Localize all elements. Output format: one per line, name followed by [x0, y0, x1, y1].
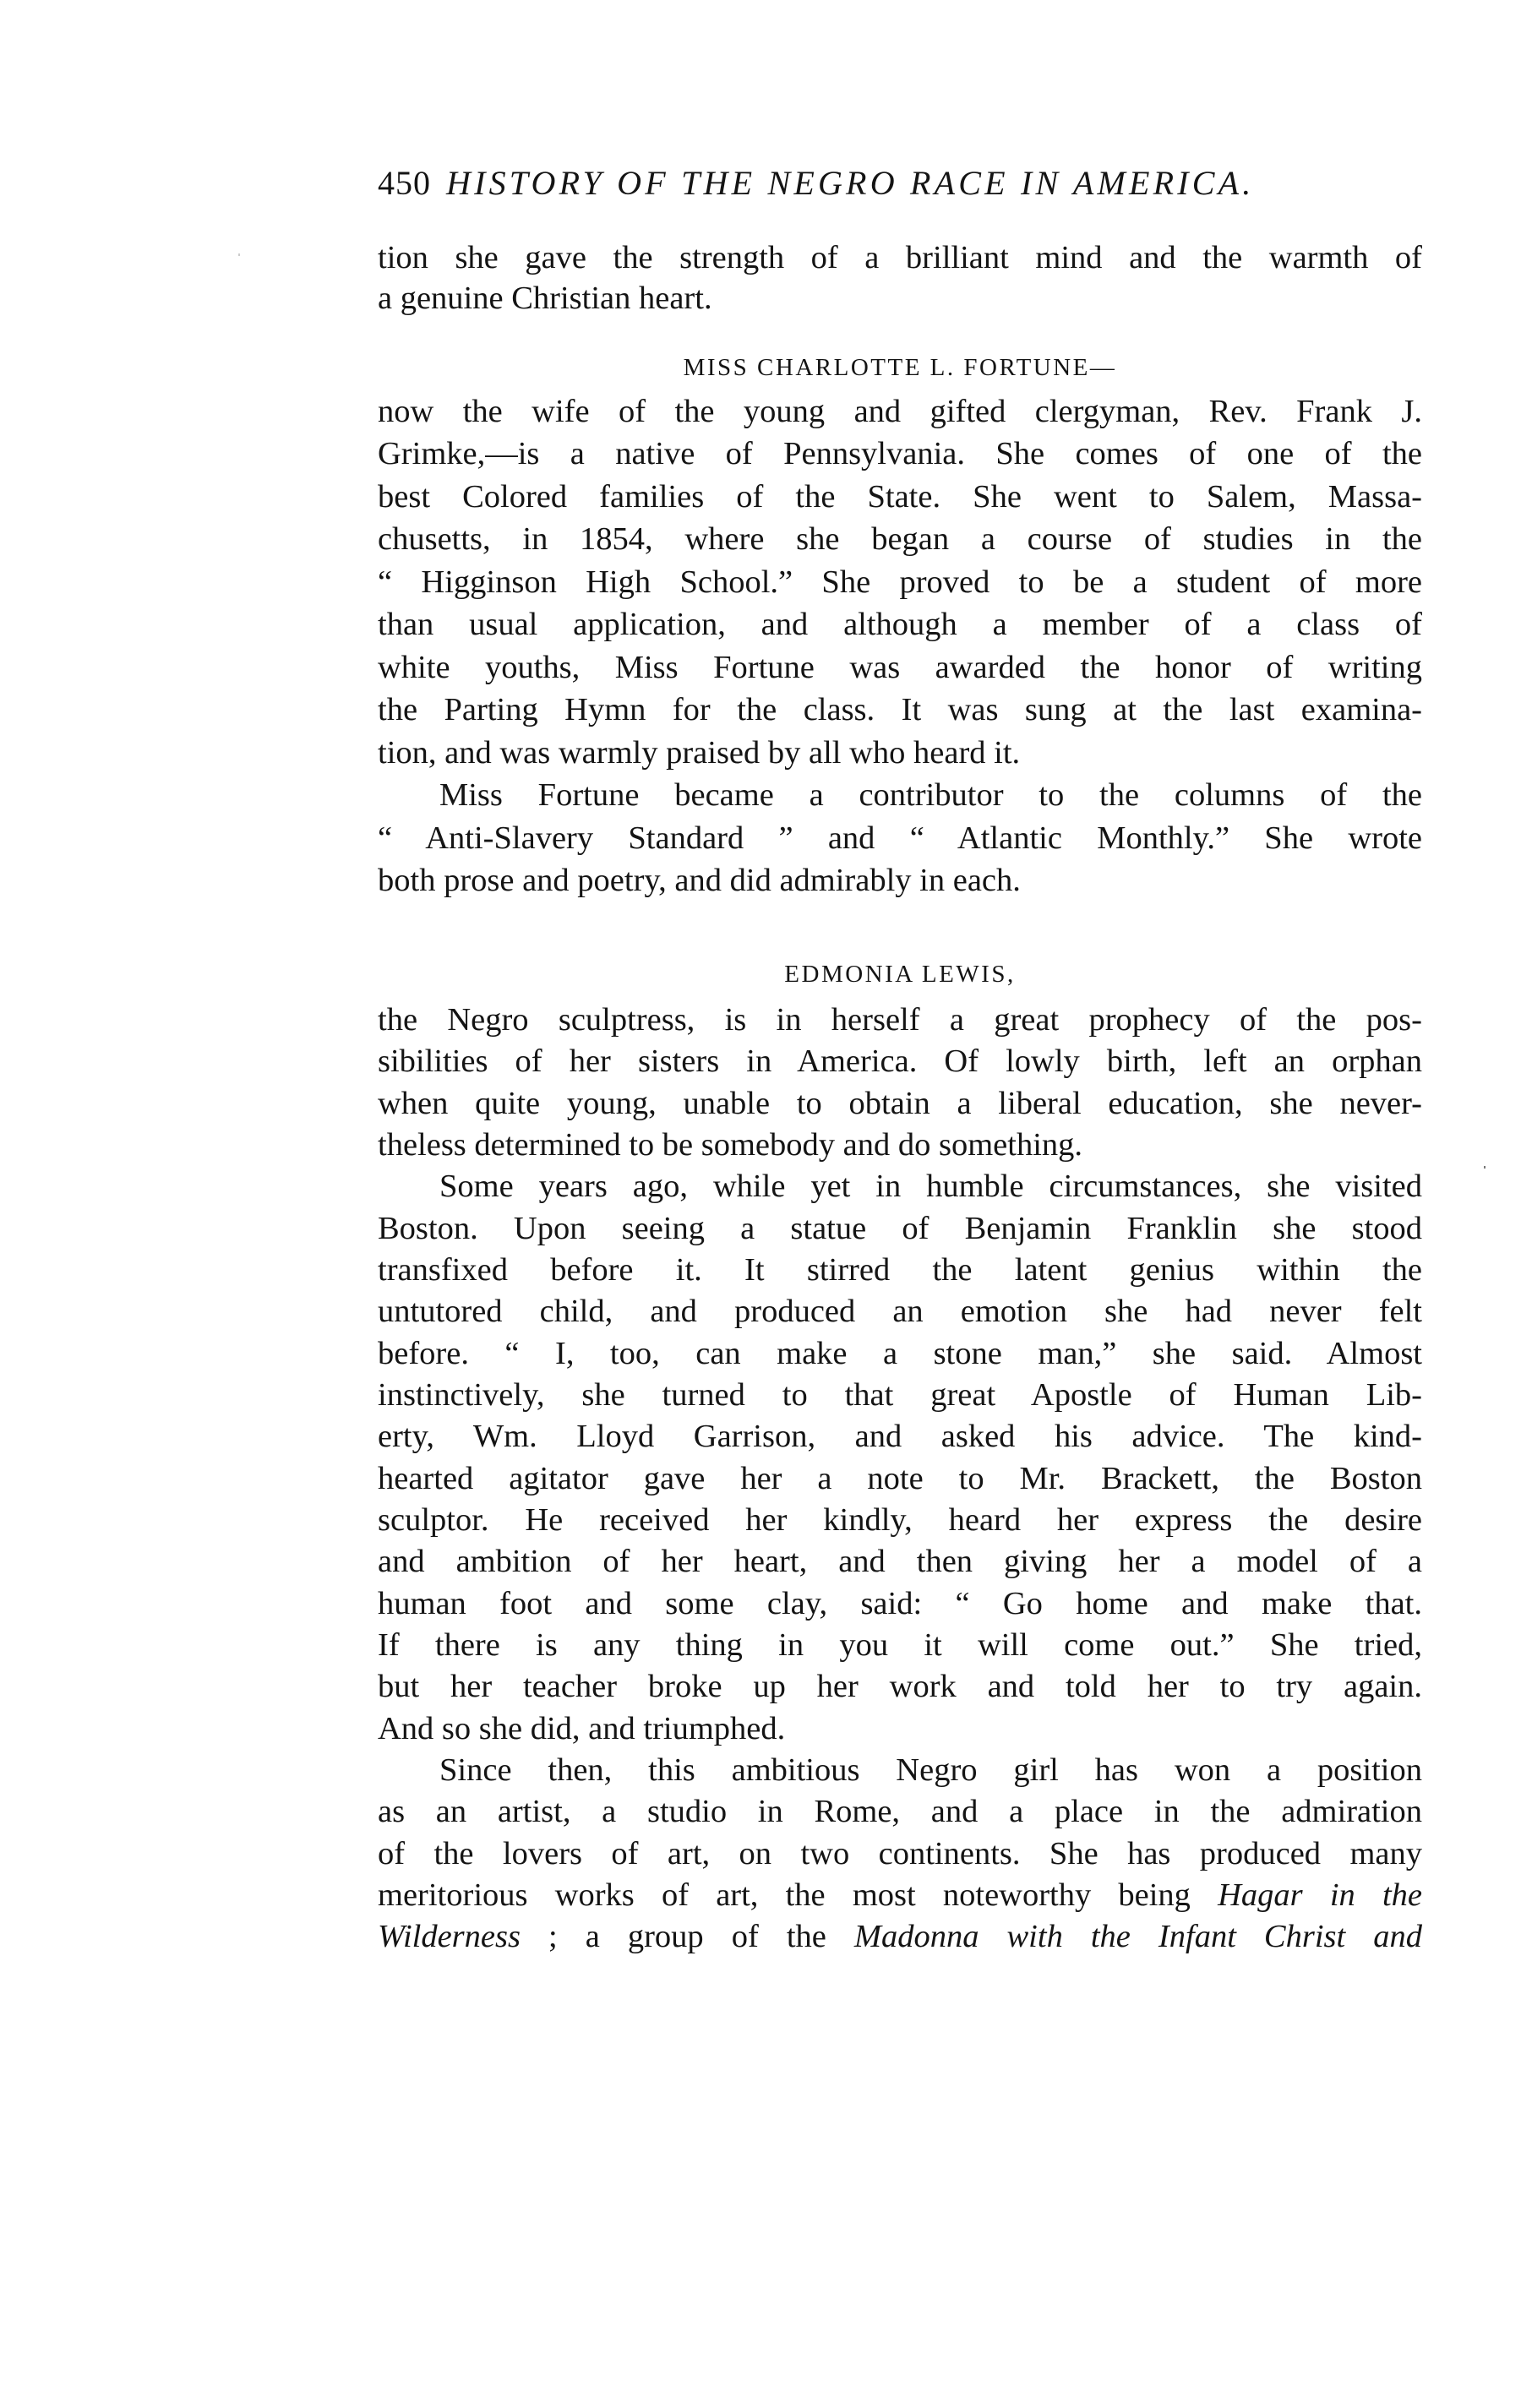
text-line: transfixed before it. It stirred the lat…: [378, 1249, 1422, 1291]
text-line: Some years ago, while yet in humble circ…: [378, 1165, 1422, 1207]
artwork-title-madonna: Madonna with the Infant Christ and: [854, 1919, 1422, 1954]
text-line: erty, Wm. Lloyd Garrison, and asked his …: [378, 1415, 1422, 1457]
text-line: hearted agitator gave her a note to Mr. …: [378, 1457, 1422, 1500]
text-line: meritorious works of art, the most notew…: [378, 1874, 1422, 1916]
text-line: and ambition of her heart, and then givi…: [378, 1540, 1422, 1583]
section-heading-lewis: EDMONIA LEWIS,: [378, 957, 1422, 991]
text-run: meritorious works of art, the most notew…: [378, 1877, 1218, 1913]
text-line: Boston. Upon seeing a statue of Benjamin…: [378, 1207, 1422, 1250]
text-line: Miss Fortune became a contributor to the…: [378, 774, 1422, 816]
text-line: a genuine Christian heart.: [378, 277, 1422, 319]
text-line: instinctively, she turned to that great …: [378, 1374, 1422, 1416]
page-number: 450: [378, 164, 431, 202]
section-heading-fortune: MISS CHARLOTTE L. FORTUNE—: [378, 351, 1422, 384]
text-line: before. “ I, too, can make a stone man,”…: [378, 1332, 1422, 1375]
text-line: as an artist, a studio in Rome, and a pl…: [378, 1790, 1422, 1833]
text-line: tion she gave the strength of a brillian…: [378, 237, 1422, 279]
text-line: when quite young, unable to obtain a lib…: [378, 1082, 1422, 1125]
running-head-title: HISTORY OF THE NEGRO RACE IN AMERICA.: [446, 164, 1255, 202]
text-line: chusetts, in 1854, where she began a cou…: [378, 518, 1422, 560]
text-line: theless determined to be somebody and do…: [378, 1124, 1422, 1166]
running-head: 450HISTORY OF THE NEGRO RACE IN AMERICA.: [378, 162, 1422, 204]
artwork-title-wilderness: Wilderness: [378, 1919, 521, 1954]
text-line: Grimke,—is a native of Pennsylvania. She…: [378, 433, 1422, 475]
text-line: Since then, this ambitious Negro girl ha…: [378, 1749, 1422, 1791]
text-line: white youths, Miss Fortune was awarded t…: [378, 646, 1422, 689]
text-line: but her teacher broke up her work and to…: [378, 1665, 1422, 1708]
text-line: sculptor. He received her kindly, heard …: [378, 1499, 1422, 1541]
text-line: human foot and some clay, said: “ Go hom…: [378, 1583, 1422, 1625]
artwork-title-hagar: Hagar in the: [1218, 1877, 1422, 1913]
text-line: the Parting Hymn for the class. It was s…: [378, 689, 1422, 731]
text-line: best Colored families of the State. She …: [378, 476, 1422, 518]
text-line: tion, and was warmly praised by all who …: [378, 732, 1422, 774]
scan-speck: [238, 253, 240, 256]
text-line: the Negro sculptress, is in herself a gr…: [378, 999, 1422, 1041]
text-line: than usual application, and although a m…: [378, 603, 1422, 646]
text-line: of the lovers of art, on two continents.…: [378, 1833, 1422, 1875]
scan-speck: [1484, 1166, 1486, 1169]
text-line: untutored child, and produced an emotion…: [378, 1290, 1422, 1332]
text-line: sibilities of her sisters in America. Of…: [378, 1040, 1422, 1082]
text-line: now the wife of the young and gifted cle…: [378, 390, 1422, 433]
text-line: If there is any thing in you it will com…: [378, 1624, 1422, 1666]
text-line: “ Higginson High School.” She proved to …: [378, 561, 1422, 603]
text-line: And so she did, and triumphed.: [378, 1708, 1422, 1750]
text-run: ; a group of the: [521, 1919, 854, 1954]
text-line: Wilderness ; a group of the Madonna with…: [378, 1915, 1422, 1958]
text-line: both prose and poetry, and did admirably…: [378, 859, 1422, 902]
text-line: “ Anti-Slavery Standard ” and “ Atlantic…: [378, 817, 1422, 859]
